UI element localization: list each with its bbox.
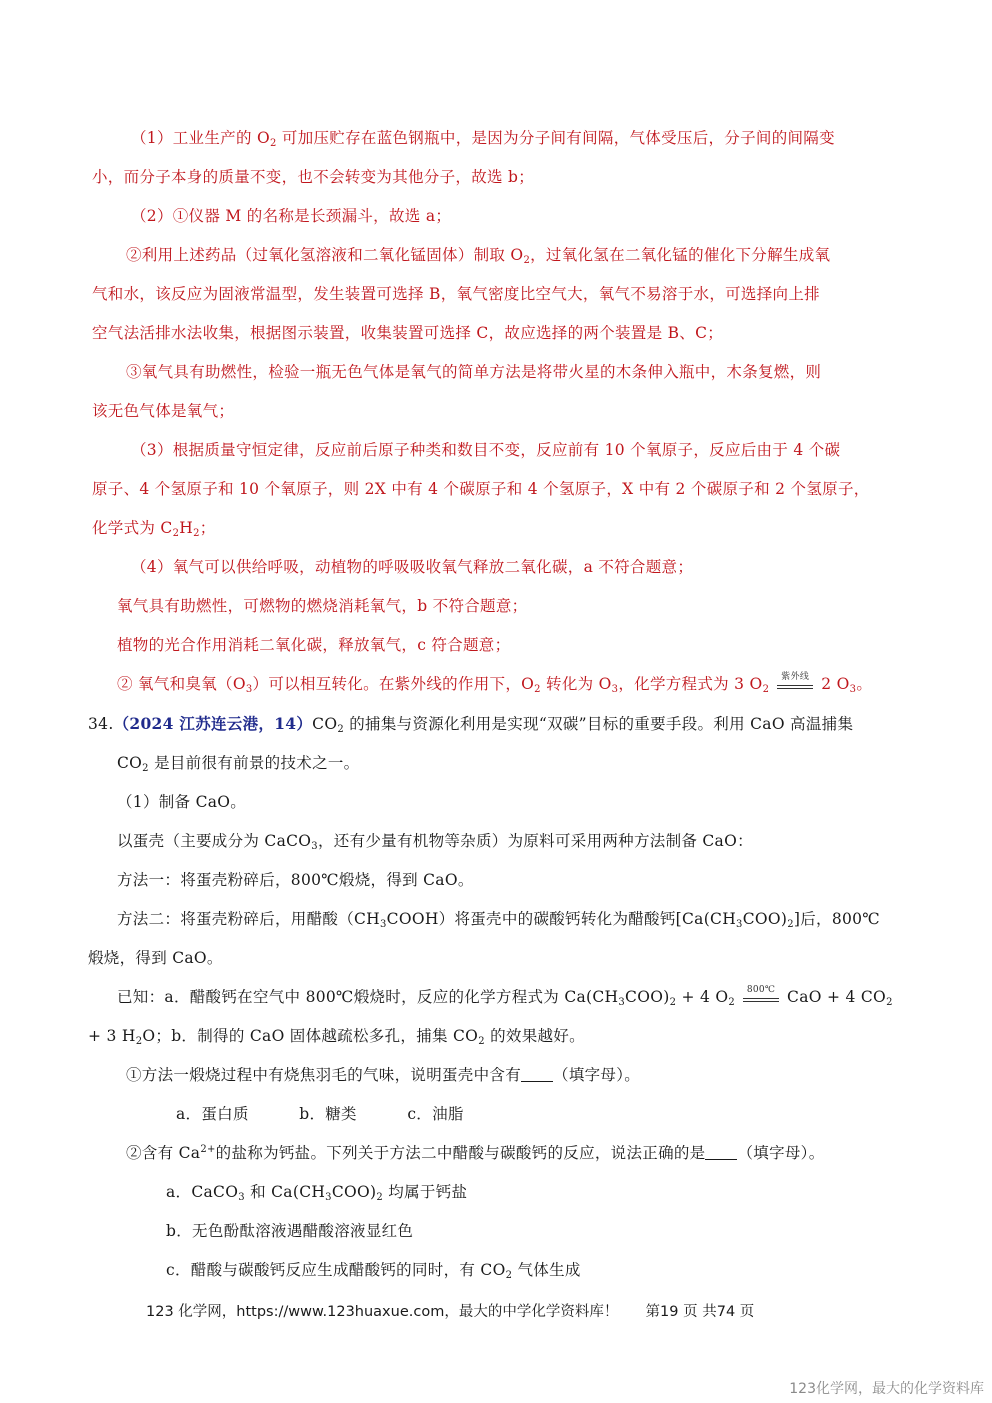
page-footer: 123 化学网，https://www.123huaxue.com，最大的中学化…: [146, 1300, 754, 1321]
sub-question-2-option-c: c．醋酸与碳酸钙反应生成醋酸钙的同时，有 CO2 气体生成: [166, 1260, 581, 1280]
document-page: （1）工业生产的 O2 可加压贮存在蓝色钢瓶中，是因为分子间有间隔，气体受压后，…: [0, 0, 992, 1403]
solution-p3-line3: 化学式为 C2H2；: [92, 518, 216, 538]
reaction-condition-arrow: 800℃: [741, 987, 781, 1007]
solution-p2-line1: （2）①仪器 M 的名称是长颈漏斗，故选 a；: [131, 206, 451, 226]
solution-p2-2-line1: ②利用上述药品（过氧化氢溶液和二氧化锰固体）制取 O2，过氧化氢在二氧化锰的催化…: [126, 245, 830, 265]
solution-p4-line2: 氧气具有助燃性，可燃物的燃烧消耗氧气，b 不符合题意；: [117, 596, 527, 616]
answer-blank[interactable]: [521, 1065, 553, 1082]
question-number: 34.: [88, 715, 114, 733]
solution-p1-line1: （1）工业生产的 O2 可加压贮存在蓝色钢瓶中，是因为分子间有间隔，气体受压后，…: [131, 128, 835, 148]
page-number: 第19 页 共74 页: [646, 1304, 755, 1320]
option-b: b．糖类: [299, 1105, 357, 1123]
solution-p2-2-line3: 空气法活排水法收集，根据图示装置，收集装置可选择 C，故应选择的两个装置是 B、…: [92, 323, 723, 343]
solution-p3-line2: 原子、4 个氢原子和 10 个氧原子，则 2X 中有 4 个碳原子和 4 个氢原…: [92, 479, 870, 499]
option-a: a．蛋白质: [176, 1105, 249, 1123]
option-c: c．油脂: [407, 1105, 463, 1123]
answer-blank[interactable]: [705, 1143, 737, 1160]
solution-p2-2-line2: 气和水，该反应为固液常温型，发生装置可选择 B，氧气密度比空气大，氧气不易溶于水…: [92, 284, 820, 304]
watermark: 123化学网，最大的化学资料库: [789, 1378, 984, 1398]
solution-p2-3-line1: ③氧气具有助燃性，检验一瓶无色气体是氧气的简单方法是将带火星的木条伸入瓶中，木条…: [126, 362, 821, 382]
sub-question-1-options: a．蛋白质 b．糖类 c．油脂: [176, 1104, 464, 1124]
solution-p5-line: ② 氧气和臭氧（O3）可以相互转化。在紫外线的作用下，O2 转化为 O3，化学方…: [117, 674, 872, 694]
solution-p2-3-line2: 该无色气体是氧气；: [92, 401, 234, 421]
method-2-line1: 方法二：将蛋壳粉碎后，用醋酸（CH3COOH）将蛋壳中的碳酸钙转化为醋酸钙[Ca…: [117, 909, 880, 929]
method-2-line2: 煅烧，得到 CaO。: [88, 948, 223, 968]
solution-p4-line1: （4）氧气可以供给呼吸，动植物的呼吸吸收氧气释放二氧化碳，a 不符合题意；: [131, 557, 693, 577]
question-source: （2024 江苏连云港，14）: [114, 714, 313, 733]
sub-question-2-option-b: b．无色酚酞溶液遇醋酸溶液显红色: [166, 1221, 413, 1241]
intro-line: 以蛋壳（主要成分为 CaCO3，还有少量有机物等杂质）为原料可采用两种方法制备 …: [117, 831, 753, 851]
sub-question-1: ①方法一煅烧过程中有烧焦羽毛的气味，说明蛋壳中含有（填字母）。: [126, 1065, 640, 1085]
solution-p4-line3: 植物的光合作用消耗二氧化碳，释放氧气，c 符合题意；: [117, 635, 510, 655]
solution-p1-line2: 小，而分子本身的质量不变，也不会转变为其他分子，故选 b；: [92, 167, 534, 187]
reaction-condition-arrow: 紫外线: [775, 674, 815, 694]
footer-text: 123 化学网，https://www.123huaxue.com，最大的中学化…: [146, 1304, 618, 1320]
sub-question-2-option-a: a．CaCO3 和 Ca(CH3COO)2 均属于钙盐: [166, 1182, 467, 1202]
known-line2: + 3 H2O；b．制得的 CaO 固体越疏松多孔，捕集 CO2 的效果越好。: [88, 1026, 585, 1046]
sub-question-2: ②含有 Ca2+的盐称为钙盐。下列关于方法二中醋酸与碳酸钙的反应，说法正确的是（…: [126, 1143, 825, 1163]
question-34-stem-line1: 34.（2024 江苏连云港，14）CO2 的捕集与资源化利用是实现“双碳”目标…: [88, 714, 853, 734]
solution-p3-line1: （3）根据质量守恒定律，反应前后原子种类和数目不变，反应前有 10 个氧原子，反…: [131, 440, 840, 460]
question-34-stem-line2: CO2 是目前很有前景的技术之一。: [117, 753, 359, 773]
part1-title: （1）制备 CaO。: [117, 792, 246, 812]
method-1: 方法一：将蛋壳粉碎后，800℃煅烧，得到 CaO。: [117, 870, 474, 890]
known-line1: 已知：a．醋酸钙在空气中 800℃煅烧时，反应的化学方程式为 Ca(CH3COO…: [117, 987, 893, 1007]
